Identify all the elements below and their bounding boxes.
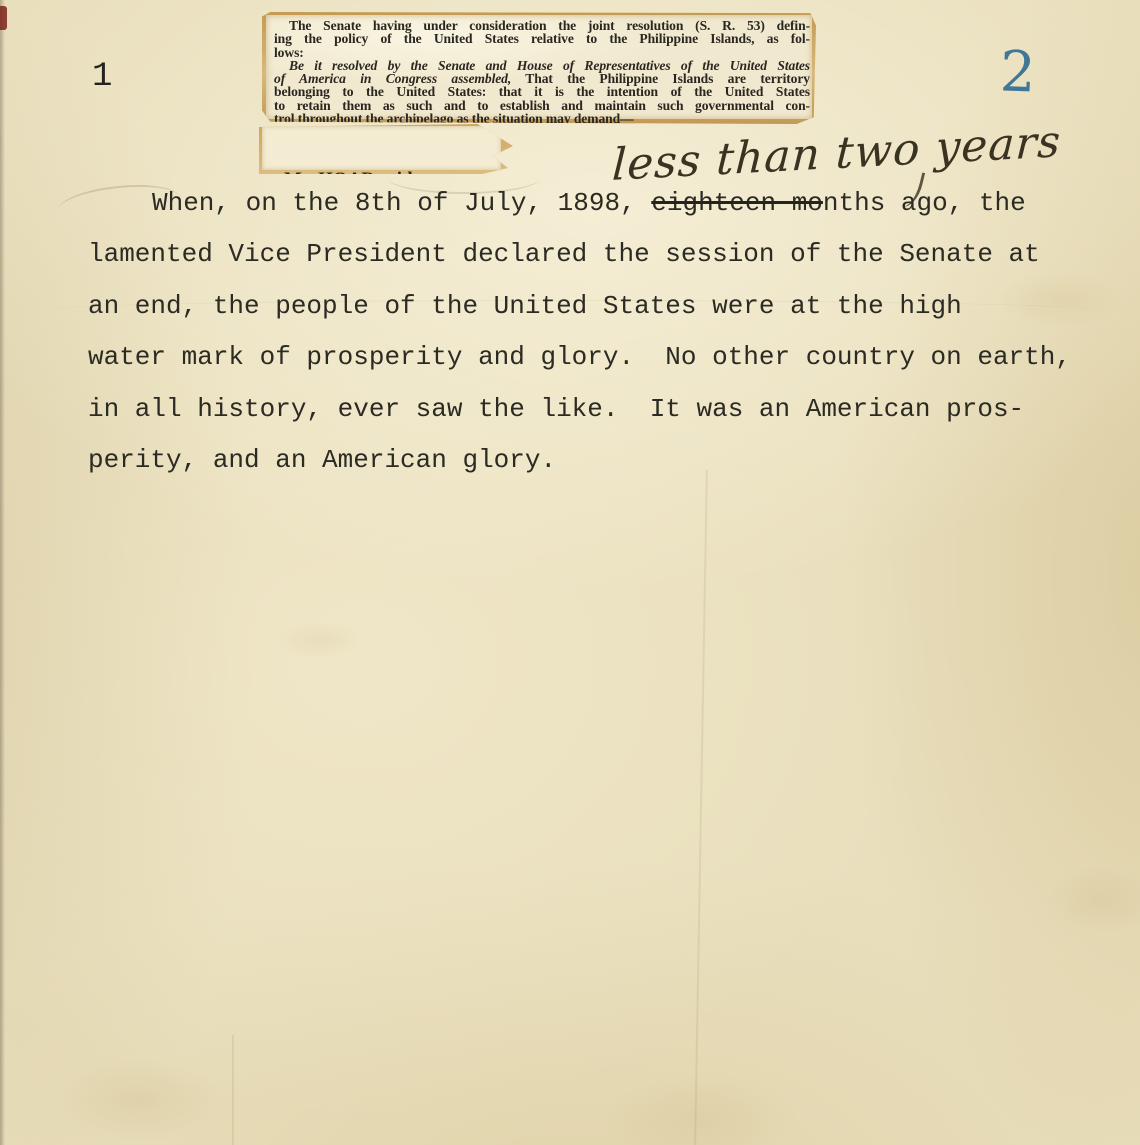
typed-line1-post: nths ago, the [823,188,1026,218]
typed-line-4: water mark of prosperity and glory. No o… [88,332,1071,383]
clipping-line: to retain them as such and to establish … [274,99,810,112]
clipping-line: belonging to the United States: that it … [274,85,810,98]
typed-body: When, on the 8th of July, 1898, eighteen… [88,178,1071,486]
vertical-crease [694,470,708,1145]
typed-line1-pre: When, on the 8th of July, 1898, [152,188,651,218]
vertical-crease-bottom [232,1035,234,1145]
red-corner-mark [0,6,7,30]
manuscript-page: 1 2 The Senate having under consideratio… [0,0,1140,1145]
typed-line-6: perity, and an American glory. [88,435,1071,486]
typed-page-number: 1 [92,58,112,96]
typed-line-5: in all history, ever saw the like. It wa… [88,384,1071,435]
typed-line-3: an end, the people of the United States … [88,281,1071,332]
clipping-line-resolution-italic: Be it resolved by the Senate and House o… [274,59,810,72]
clipping-line: ing the policy of the United States rela… [274,32,810,45]
speaker-fragment-paper: Mr. HOAR said: Mr. President: [262,126,501,170]
typed-line-2: lamented Vice President declared the ses… [88,229,1071,280]
scan-left-edge-shadow [0,0,5,1145]
clipping-line: The Senate having under consideration th… [274,19,810,32]
newspaper-clipping-paper: The Senate having under consideration th… [266,15,812,119]
typed-line-1: When, on the 8th of July, 1898, eighteen… [88,178,1071,229]
struck-out-text: eighteen mo [651,188,823,218]
newspaper-clipping-text: The Senate having under consideration th… [274,19,810,125]
speaker-clipping-fragment: Mr. HOAR said: Mr. President: [259,124,513,174]
newspaper-clipping: The Senate having under consideration th… [262,12,816,124]
blue-page-number: 2 [999,39,1037,105]
clipping-line: lows: [274,46,810,59]
clipping-line-mixed: of America in Congress assembled, That t… [274,72,810,85]
clipping-line: trol throughout the archipelago as the s… [274,112,810,125]
